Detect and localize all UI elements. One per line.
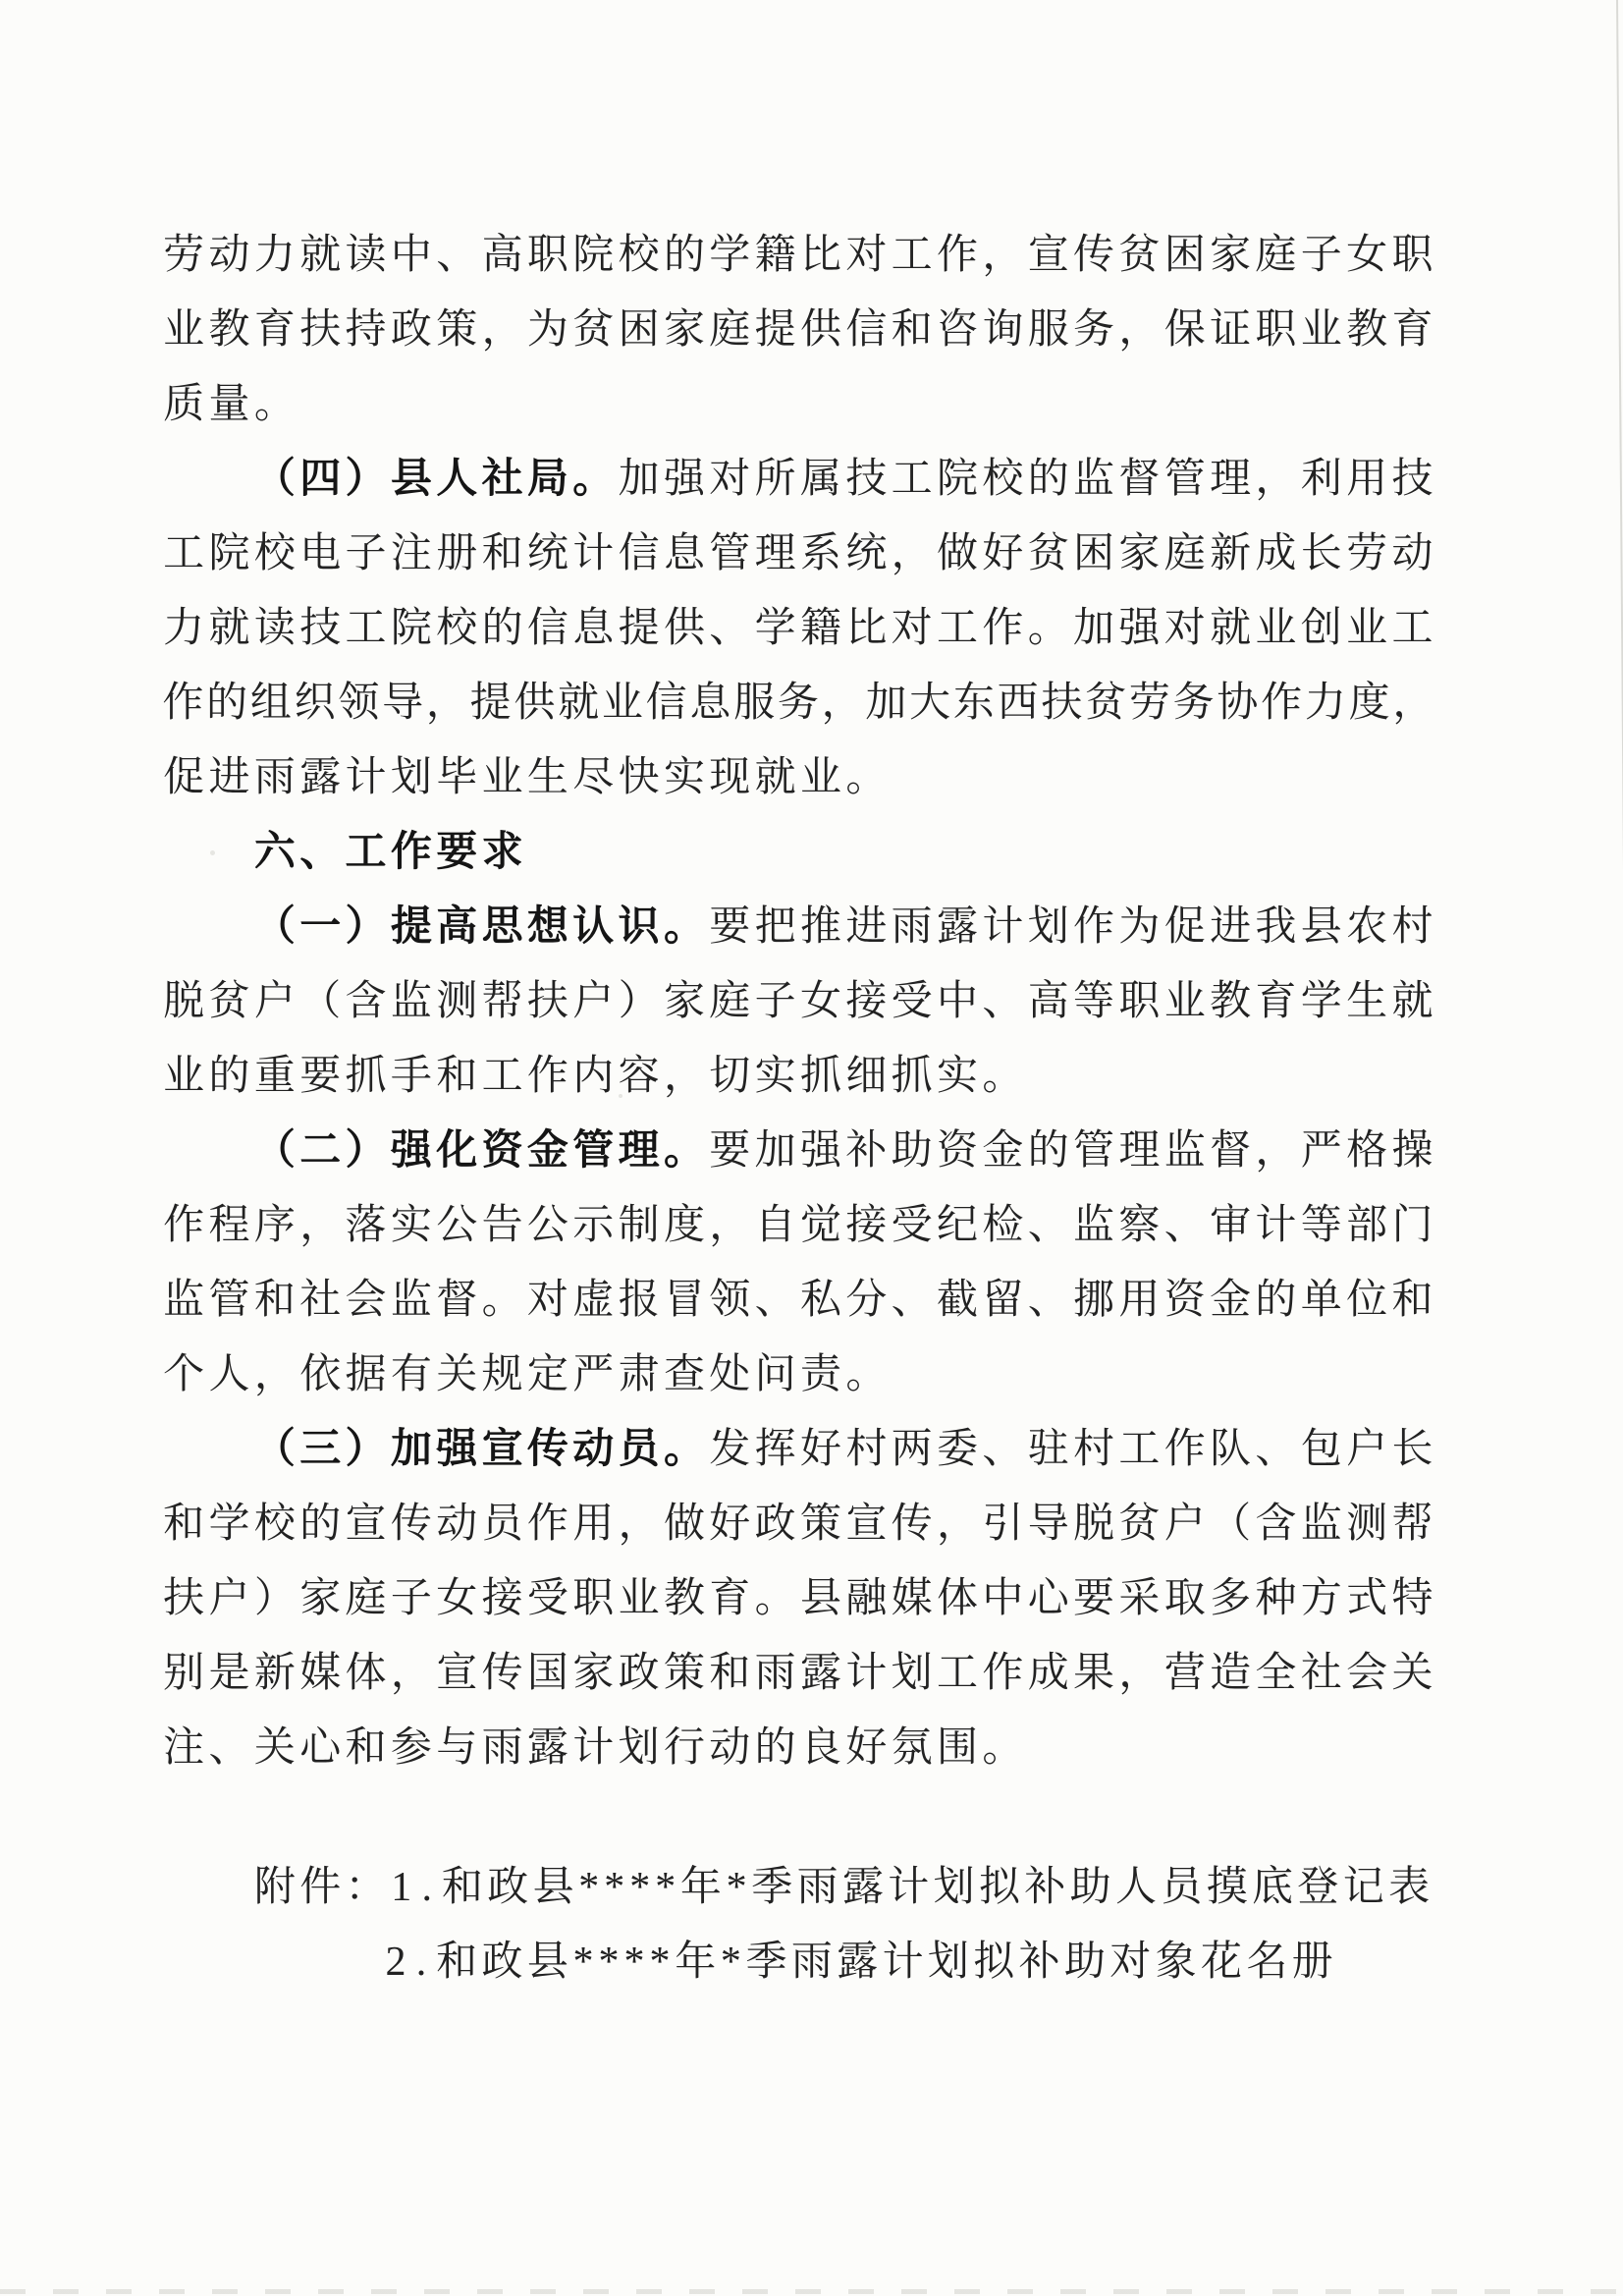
character-cell: 为 [525, 293, 570, 367]
character-cell: 业 [161, 1039, 206, 1114]
bold-character-cell: 宣 [479, 1412, 524, 1487]
character-cell: 、 [1026, 1263, 1071, 1338]
character-cell: 学 [752, 591, 797, 666]
bold-character-cell: 四 [298, 442, 343, 517]
bold-character-cell: （ [252, 1412, 298, 1487]
character-cell: 作 [1163, 1412, 1208, 1487]
character-cell: 取 [1163, 1561, 1208, 1636]
character-cell: 与 [434, 1711, 479, 1785]
character-cell: ， [616, 1487, 661, 1561]
character-cell: 政 [752, 1487, 797, 1561]
character-cell: 补 [1022, 1850, 1067, 1925]
character-cell: 业 [1163, 964, 1208, 1039]
character-cell: 学 [707, 218, 752, 293]
text-line: 注、关心和参与雨露计划行动的良好氛围。 [0, 1711, 1623, 1785]
text-line: 脱贫户（含监测帮扶户）家庭子女接受中、高等职业教育学生就 [0, 964, 1623, 1039]
character-cell: 含 [1253, 1487, 1298, 1561]
text-line: 业教育扶持政策，为贫困家庭提供信和咨询服务，保证职业教育 [0, 293, 1623, 367]
character-cell: 院 [935, 442, 980, 517]
character-cell: 教 [1208, 964, 1253, 1039]
character-cell: 挥 [752, 1412, 797, 1487]
character-cell: 操 [1389, 1114, 1434, 1188]
character-cell: 的 [206, 1039, 251, 1114]
character-cell: 做 [662, 1487, 707, 1561]
text-line: 和学校的宣传动员作用，做好政策宣传，引导脱贫户（含监测帮 [0, 1487, 1623, 1561]
character-cell: 氛 [890, 1711, 935, 1785]
character-cell: 测 [1344, 1487, 1389, 1561]
character-cell: 全 [1253, 1636, 1298, 1711]
character-cell: 册 [434, 517, 479, 591]
character-cell: 个 [161, 1338, 206, 1412]
character-cell: 摸 [1205, 1850, 1250, 1925]
character-cell: 关 [1389, 1636, 1434, 1711]
character-cell: 受 [890, 1188, 935, 1263]
character-cell: 做 [935, 517, 980, 591]
character-cell: 息 [570, 591, 616, 666]
character-cell: 中 [935, 964, 980, 1039]
bold-character-cell: 。 [662, 1412, 707, 1487]
text-line: 附件：1.和政县****年*季雨露计划拟补助人员摸底登记表 [0, 1850, 1623, 1925]
character-cell: 露 [298, 740, 343, 815]
character-cell: 户 [206, 1561, 251, 1636]
character-cell: 管 [1163, 442, 1208, 517]
character-cell: 划 [926, 1925, 971, 1999]
character-cell: 格 [1344, 1114, 1389, 1188]
character-cell: 家 [662, 964, 707, 1039]
character-cell: 农 [1344, 890, 1389, 964]
character-cell: 包 [1299, 1412, 1344, 1487]
character-cell: 单 [1299, 1263, 1344, 1338]
character-cell: 质 [161, 367, 206, 442]
character-cell: 、 [1253, 1412, 1298, 1487]
character-cell: 私 [798, 1263, 843, 1338]
character-cell: 度 [1347, 666, 1391, 740]
character-cell: ， [662, 1039, 707, 1114]
character-cell: 推 [798, 890, 843, 964]
character-cell: 底 [1250, 1850, 1295, 1925]
character-cell: 对 [1163, 591, 1208, 666]
character-cell: 创 [1299, 591, 1344, 666]
character-cell: 是 [206, 1636, 251, 1711]
character-cell: 截 [935, 1263, 980, 1338]
character-cell: 服 [1026, 293, 1071, 367]
character-cell: 县 [525, 1925, 570, 1999]
character-cell: 务 [777, 666, 821, 740]
character-cell: 贫 [1084, 666, 1128, 740]
text-line: 工院校电子注册和统计信息管理系统，做好贫困家庭新成长劳动 [0, 517, 1623, 591]
bold-character-cell: 。 [662, 890, 707, 964]
character-cell: 劳 [1128, 666, 1172, 740]
character-cell: 问 [752, 1338, 797, 1412]
character-cell: 要 [298, 1039, 343, 1114]
text-line: 作程序，落实公告公示制度，自觉接受纪检、监察、审计等部门 [0, 1188, 1623, 1263]
character-cell: 季 [743, 1925, 788, 1999]
scan-artifact-bottom-dashes [0, 2289, 1623, 2294]
character-cell: 注 [389, 517, 434, 591]
character-cell: * [718, 1925, 743, 1999]
character-cell: 量 [206, 367, 251, 442]
text-line: 质量。 [0, 367, 1623, 442]
character-cell: 审 [1208, 1188, 1253, 1263]
character-cell: 中 [980, 1561, 1025, 1636]
character-cell: 劳 [1344, 517, 1389, 591]
character-cell: 信 [644, 666, 688, 740]
character-cell: 和 [890, 293, 935, 367]
character-cell: 监 [161, 1263, 206, 1338]
character-cell: 生 [1344, 964, 1389, 1039]
character-cell: ， [425, 666, 469, 740]
character-cell: 业 [616, 1561, 661, 1636]
bold-character-cell: 局 [525, 442, 570, 517]
character-cell: * [596, 1925, 622, 1999]
character-cell: 咨 [935, 293, 980, 367]
document-page: 劳动力就读中、高职院校的学籍比对工作，宣传贫困家庭子女职业教育扶持政策，为贫困家… [0, 0, 1623, 2296]
character-cell: 、 [890, 1263, 935, 1338]
character-cell: 务 [1071, 293, 1116, 367]
character-cell: 宣 [434, 1636, 479, 1711]
bold-character-cell: 识 [616, 890, 661, 964]
character-cell: 作 [980, 591, 1025, 666]
character-cell: 、 [1163, 1188, 1208, 1263]
character-cell: 技 [1389, 442, 1434, 517]
character-cell: 扶 [298, 293, 343, 367]
text-line: 促进雨露计划毕业生尽快实现就业。 [0, 740, 1623, 815]
character-cell: 、 [980, 964, 1025, 1039]
character-cell: 体 [935, 1561, 980, 1636]
character-cell: 露 [798, 1636, 843, 1711]
character-cell: 务 [1171, 666, 1216, 740]
bold-character-cell: ） [343, 1412, 388, 1487]
bold-character-cell: 想 [525, 890, 570, 964]
character-cell: 育 [1389, 293, 1434, 367]
character-cell: 拟 [971, 1925, 1016, 1999]
scan-artifact-speck [210, 850, 215, 855]
character-cell: 校 [252, 1487, 298, 1561]
character-cell: 果 [1071, 1636, 1116, 1711]
character-cell: 。 [980, 1039, 1025, 1114]
character-cell: 作 [1071, 890, 1116, 964]
character-cell: 学 [1299, 964, 1344, 1039]
character-cell: 职 [1389, 218, 1434, 293]
character-cell: 传 [1071, 218, 1116, 293]
character-cell: 作 [980, 1636, 1025, 1711]
character-cell: 工 [1389, 591, 1434, 666]
character-cell: 庭 [1163, 517, 1208, 591]
character-cell: 分 [843, 1263, 889, 1338]
character-cell: 庭 [707, 964, 752, 1039]
character-cell: 册 [1290, 1925, 1335, 1999]
character-cell: 抓 [890, 1039, 935, 1114]
character-cell: 肃 [616, 1338, 661, 1412]
character-cell: 会 [343, 1263, 388, 1338]
character-cell: 的 [298, 1487, 343, 1561]
character-cell: 季 [749, 1850, 794, 1925]
character-cell: 就 [752, 740, 797, 815]
character-cell: 实 [662, 740, 707, 815]
character-cell: 所 [752, 442, 797, 517]
character-cell: 组 [249, 666, 294, 740]
character-cell: 工 [935, 1636, 980, 1711]
character-cell: 业 [798, 740, 843, 815]
character-cell: 要 [707, 1114, 752, 1188]
character-cell: 和 [1389, 1263, 1434, 1338]
character-cell: 策 [798, 1487, 843, 1561]
character-cell: 织 [293, 666, 337, 740]
character-cell: 社 [1299, 1636, 1344, 1711]
character-cell: 脱 [161, 964, 206, 1039]
character-cell: 庭 [1253, 218, 1298, 293]
character-cell: 东 [952, 666, 997, 740]
character-cell: 就 [206, 591, 251, 666]
character-cell: 困 [1163, 218, 1208, 293]
character-cell: 传 [389, 1487, 434, 1561]
character-cell: 落 [343, 1188, 388, 1263]
character-cell: 关 [252, 1711, 298, 1785]
character-cell: * [724, 1850, 749, 1925]
character-cell: 和 [440, 1850, 485, 1925]
character-cell: 督 [1208, 1114, 1253, 1188]
bold-character-cell: ） [343, 442, 388, 517]
character-cell: 信 [616, 517, 661, 591]
character-cell: 队 [1208, 1412, 1253, 1487]
text-line: 业的重要抓手和工作内容，切实抓细抓实。 [0, 1039, 1623, 1114]
character-cell: 和 [434, 1039, 479, 1114]
character-cell: 加 [752, 1114, 797, 1188]
character-cell: 大 [908, 666, 952, 740]
character-cell: 资 [935, 1114, 980, 1188]
character-cell: 导 [381, 666, 425, 740]
character-cell: 融 [843, 1561, 889, 1636]
character-cell: （ [1208, 1487, 1253, 1561]
character-cell: 位 [1344, 1263, 1389, 1338]
character-cell: 校 [616, 218, 661, 293]
character-cell: 助 [1062, 1925, 1108, 1999]
character-cell: 行 [662, 1711, 707, 1785]
character-cell: 家 [570, 1636, 616, 1711]
bold-character-cell: 县 [389, 442, 434, 517]
character-cell: 委 [935, 1412, 980, 1487]
text-line: （三）加强宣传动员。发挥好村两委、驻村工作队、包户长 [0, 1412, 1623, 1487]
character-cell: ， [980, 218, 1025, 293]
bold-character-cell: 。 [570, 442, 616, 517]
bold-character-cell: 管 [570, 1114, 616, 1188]
character-cell: 育 [252, 293, 298, 367]
character-cell: 察 [1116, 1188, 1162, 1263]
character-cell: 传 [890, 1487, 935, 1561]
character-cell: 用 [1116, 1263, 1162, 1338]
character-cell: 注 [161, 1711, 206, 1785]
character-cell: 快 [616, 740, 661, 815]
character-cell: 划 [389, 740, 434, 815]
character-cell: 划 [890, 1636, 935, 1711]
character-cell: 抓 [343, 1039, 388, 1114]
character-cell: 新 [252, 1636, 298, 1711]
character-cell: 造 [1208, 1636, 1253, 1711]
character-cell: 宣 [843, 1487, 889, 1561]
character-cell: 的 [479, 591, 524, 666]
character-cell: 政 [479, 1925, 524, 1999]
character-cell: * [647, 1925, 673, 1999]
character-cell: 户 [252, 964, 298, 1039]
character-cell: 资 [1163, 1263, 1208, 1338]
character-cell: 制 [616, 1188, 661, 1263]
bold-character-cell: 资 [479, 1114, 524, 1188]
character-cell: 对 [525, 1263, 570, 1338]
character-cell: 领 [707, 1263, 752, 1338]
character-cell: 政 [389, 293, 434, 367]
character-cell: 拟 [977, 1850, 1022, 1925]
character-cell: 员 [479, 1487, 524, 1561]
character-cell: ， [1391, 666, 1435, 740]
bold-character-cell: 求 [479, 815, 524, 890]
character-cell: 职 [1116, 964, 1162, 1039]
character-cell: 帮 [479, 964, 524, 1039]
character-cell: 两 [890, 1412, 935, 1487]
character-cell: 方 [1299, 1561, 1344, 1636]
character-cell: 工 [479, 1039, 524, 1114]
character-cell: 的 [1026, 1114, 1071, 1188]
bold-character-cell: 作 [389, 815, 434, 890]
character-cell: 脱 [1071, 1487, 1116, 1561]
character-cell: 供 [513, 666, 557, 740]
character-cell: 子 [1299, 218, 1344, 293]
bold-character-cell: 传 [525, 1412, 570, 1487]
character-cell: 毕 [434, 740, 479, 815]
character-cell: 工 [343, 591, 388, 666]
character-cell: 容 [616, 1039, 661, 1114]
character-cell: 纪 [935, 1188, 980, 1263]
character-cell: 挪 [1071, 1263, 1116, 1338]
character-cell: 属 [798, 442, 843, 517]
character-cell: 策 [434, 293, 479, 367]
character-cell: 教 [206, 293, 251, 367]
character-cell: 村 [843, 1412, 889, 1487]
character-cell: * [653, 1850, 678, 1925]
character-cell: 进 [206, 740, 251, 815]
character-cell: 告 [479, 1188, 524, 1263]
character-cell: 保 [1163, 293, 1208, 367]
character-cell: ， [890, 517, 935, 591]
bold-character-cell: 。 [662, 1114, 707, 1188]
character-cell: 帮 [1389, 1487, 1434, 1561]
character-cell: 社 [298, 1263, 343, 1338]
character-cell: 。 [479, 1263, 524, 1338]
character-cell: 虚 [570, 1263, 616, 1338]
character-cell: 力 [252, 218, 298, 293]
character-cell: 户 [570, 964, 616, 1039]
character-cell: 。 [843, 740, 889, 815]
character-cell: 把 [752, 890, 797, 964]
character-cell: 利 [1299, 442, 1344, 517]
character-cell: 心 [1026, 1561, 1071, 1636]
character-cell: 责 [798, 1338, 843, 1412]
character-cell: 提 [752, 293, 797, 367]
character-cell: 重 [252, 1039, 298, 1114]
character-cell: 困 [616, 293, 661, 367]
character-cell: 现 [707, 740, 752, 815]
character-cell: 工 [1116, 1412, 1162, 1487]
character-cell: 监 [1071, 442, 1116, 517]
character-cell: 扶 [1040, 666, 1084, 740]
bold-character-cell: 思 [479, 890, 524, 964]
character-cell: 成 [1026, 1636, 1071, 1711]
character-cell: 籍 [798, 591, 843, 666]
character-cell: 提 [616, 591, 661, 666]
character-cell: ， [1116, 293, 1162, 367]
character-cell: 接 [843, 964, 889, 1039]
character-cell: 监 [1163, 1114, 1208, 1188]
character-cell: 工 [161, 517, 206, 591]
character-cell: 促 [161, 740, 206, 815]
character-cell: 计 [880, 1925, 925, 1999]
character-cell: 育 [1253, 964, 1298, 1039]
character-cell: 系 [798, 517, 843, 591]
character-cell: 电 [298, 517, 343, 591]
bold-character-cell: 六 [252, 815, 298, 890]
character-cell: 公 [525, 1188, 570, 1263]
character-cell: 女 [798, 964, 843, 1039]
bold-character-cell: （ [252, 890, 298, 964]
character-cell: 信 [843, 293, 889, 367]
character-cell: 测 [434, 964, 479, 1039]
character-cell: 教 [662, 1561, 707, 1636]
character-cell: 良 [798, 1711, 843, 1785]
character-cell: 别 [161, 1636, 206, 1711]
character-cell: 好 [707, 1487, 752, 1561]
character-cell: 信 [525, 591, 570, 666]
character-cell: 依 [298, 1338, 343, 1412]
character-cell: 家 [1116, 517, 1162, 591]
character-cell: 息 [688, 666, 732, 740]
character-cell: 参 [389, 1711, 434, 1785]
character-cell: 领 [337, 666, 381, 740]
character-cell: 含 [343, 964, 388, 1039]
character-cell: 、 [206, 1711, 251, 1785]
character-cell: 计 [843, 1636, 889, 1711]
character-cell: ， [389, 1636, 434, 1711]
character-cell: 动 [1389, 517, 1434, 591]
character-cell: 高 [479, 218, 524, 293]
character-cell: 人 [206, 1338, 251, 1412]
character-cell: 籍 [752, 218, 797, 293]
character-cell: 露 [525, 1711, 570, 1785]
character-cell: 策 [662, 1636, 707, 1711]
character-cell: 驻 [1026, 1412, 1071, 1487]
text-line: 六、工作要求 [0, 815, 1623, 890]
character-cell: 。 [752, 1561, 797, 1636]
character-cell: 用 [570, 1487, 616, 1561]
character-cell: 年 [678, 1850, 724, 1925]
bold-character-cell: 化 [434, 1114, 479, 1188]
character-cell: 据 [343, 1338, 388, 1412]
character-cell: 管 [206, 1263, 251, 1338]
character-cell: 围 [935, 1711, 980, 1785]
character-cell: 导 [1026, 1487, 1071, 1561]
character-cell: 媒 [890, 1561, 935, 1636]
character-cell: 和 [707, 1636, 752, 1711]
character-cell: 扶 [525, 964, 570, 1039]
character-cell: 县 [1299, 890, 1344, 964]
character-cell: 花 [1199, 1925, 1244, 1999]
character-cell: 子 [752, 964, 797, 1039]
character-cell: 接 [843, 1188, 889, 1263]
character-cell: 家 [662, 293, 707, 367]
character-cell: * [622, 1925, 647, 1999]
character-cell: 年 [673, 1925, 718, 1999]
character-cell: 会 [1344, 1636, 1389, 1711]
character-cell: 名 [1244, 1925, 1289, 1999]
text-line: 劳动力就读中、高职院校的学籍比对工作，宣传贫困家庭子女职 [0, 218, 1623, 293]
